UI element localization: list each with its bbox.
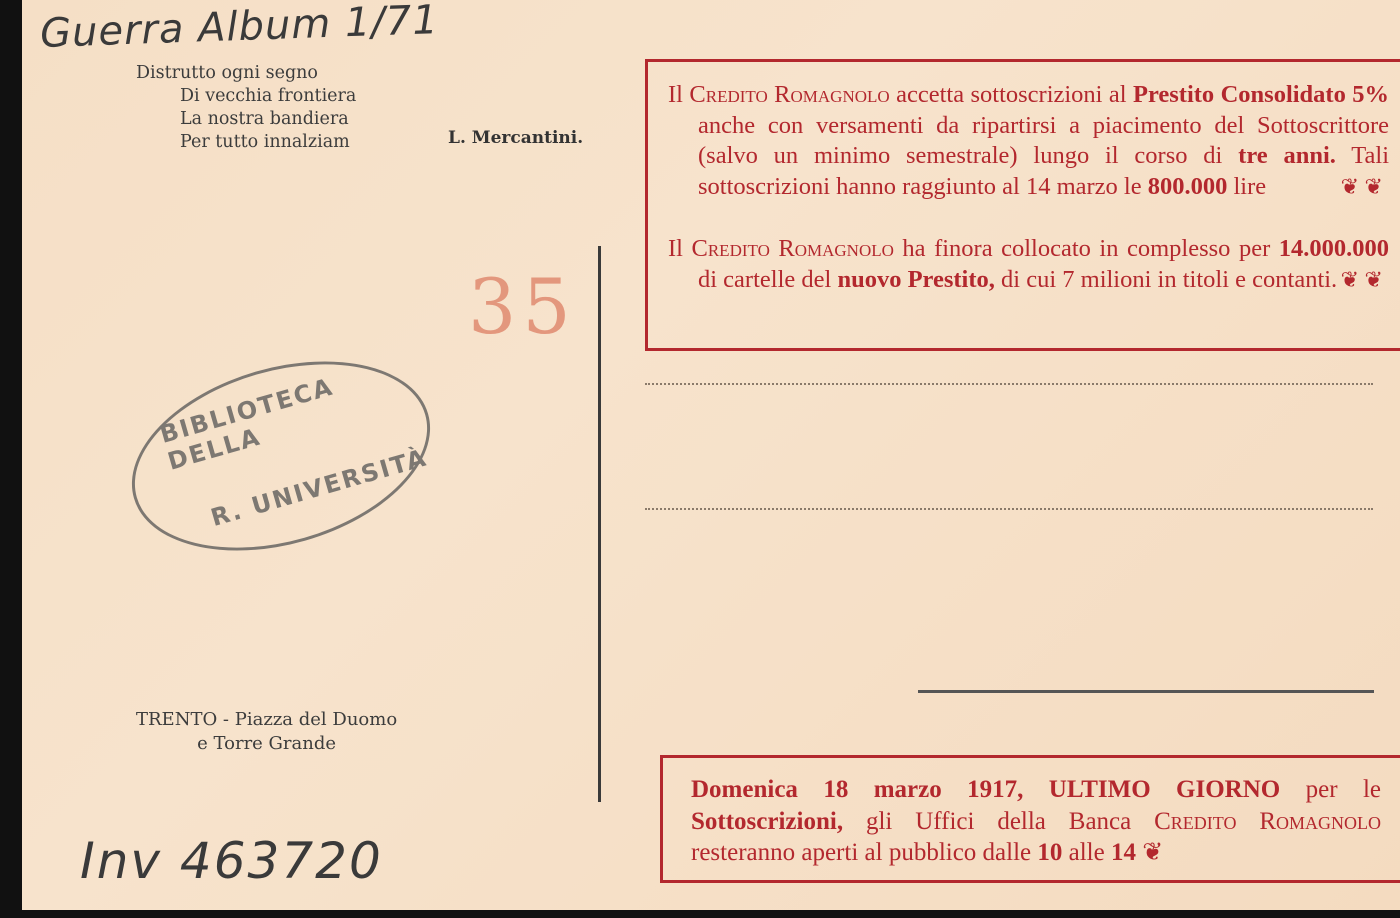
handwritten-inventory-number: Inv 463720	[80, 832, 383, 890]
caption-line: TRENTO - Piazza del Duomo	[136, 708, 397, 732]
fleuron-ornament-icon: ❦ ❦	[1371, 265, 1389, 296]
stamp-number: 35	[468, 262, 577, 351]
poem-verse: Distrutto ogni segno Di vecchia frontier…	[136, 62, 356, 154]
poem-author: L. Mercantini.	[448, 128, 583, 148]
deadline-paragraph: Domenica 18 marzo 1917, ULTIMO GIORNO pe…	[691, 774, 1381, 869]
image-caption: TRENTO - Piazza del Duomo e Torre Grande	[136, 708, 397, 756]
fleuron-ornament-icon: ❦	[1142, 839, 1163, 866]
scan-border-left	[0, 0, 22, 918]
fleuron-ornament-icon: ❦ ❦	[1371, 172, 1389, 203]
address-line-1	[645, 383, 1373, 385]
bank-name: Credito Romagnolo	[689, 81, 889, 108]
center-divider	[598, 246, 601, 802]
poem-line: Di vecchia frontiera	[180, 85, 356, 108]
scan-border-bottom	[0, 910, 1400, 918]
bank-name: Credito Romagnolo	[692, 235, 894, 262]
deadline-box: Domenica 18 marzo 1917, ULTIMO GIORNO pe…	[660, 755, 1400, 883]
caption-line: e Torre Grande	[136, 732, 397, 756]
advert-paragraph-2: Il Credito Romagnolo ha finora collocato…	[668, 234, 1389, 295]
address-line-3	[918, 690, 1374, 693]
poem-line: Per tutto innalziam	[180, 131, 356, 154]
poem-line: Distrutto ogni segno	[136, 62, 356, 85]
bank-name: Credito Romagnolo	[1154, 808, 1381, 835]
address-line-2	[645, 508, 1373, 510]
poem-line: La nostra bandiera	[180, 108, 356, 131]
advert-paragraph-1: Il Credito Romagnolo accetta sottoscrizi…	[668, 80, 1389, 202]
advert-box: Il Credito Romagnolo accetta sottoscrizi…	[645, 59, 1400, 351]
